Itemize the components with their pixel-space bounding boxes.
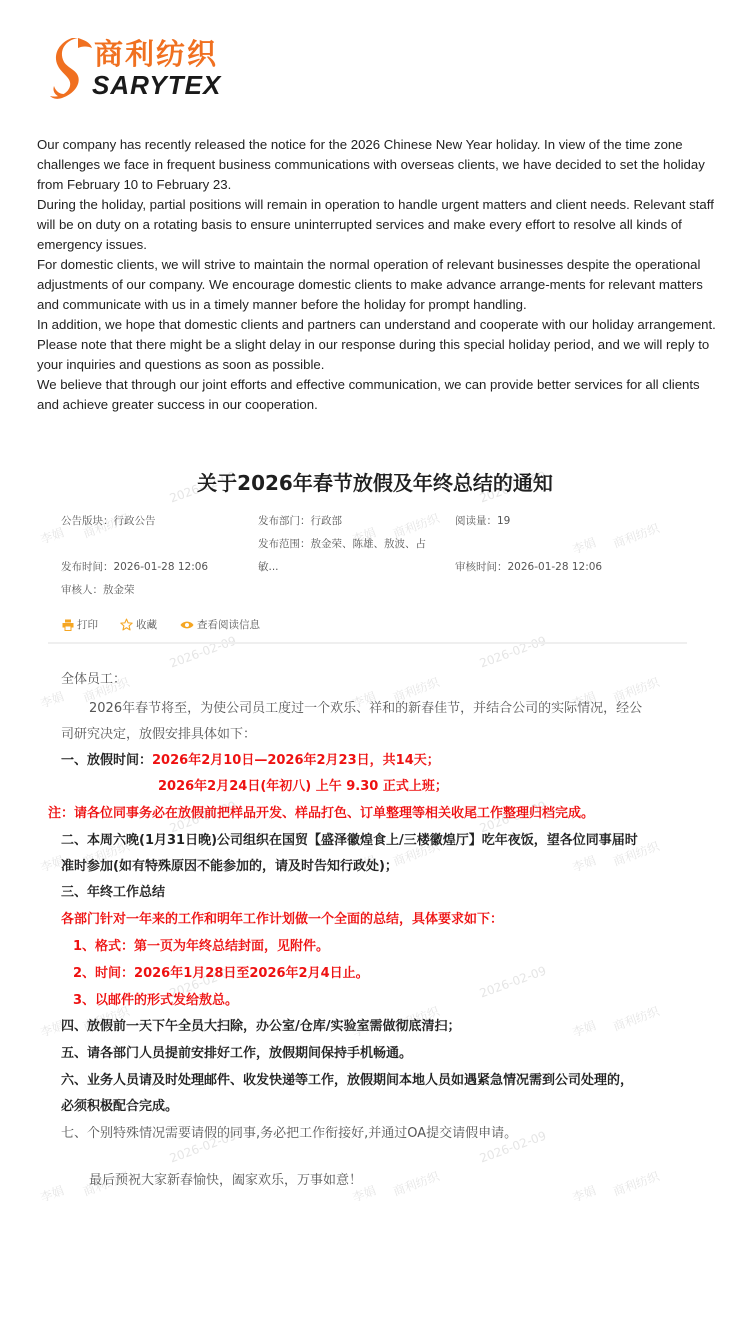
summary-requirement: 各部门针对一年来的工作和明年工作计划做一个全面的总结，具体要求如下： (61, 911, 503, 929)
view-read-info-label: 查看阅读信息 (197, 617, 260, 632)
watermark-name: 李娟 (38, 1181, 66, 1205)
intro-paragraph: Our company has recently released the no… (37, 135, 717, 195)
printer-icon (62, 619, 74, 631)
summary-sub-item: 3、以邮件的形式发给敖总。 (73, 992, 238, 1010)
watermark-name: 李娟 (570, 851, 598, 875)
print-label: 打印 (77, 617, 98, 632)
item-dinner: 二、本周六晚(1月31日晚)公司组织在国贸【盛泽徽煌食上/三楼徽煌厅】吃年夜饭，… (61, 832, 638, 850)
brand-name-en: SARYTEX (92, 70, 221, 100)
meta-scope-continued: 敏... (258, 559, 279, 574)
closing: 最后预祝大家新春愉快，阖家欢乐，万事如意！ (89, 1172, 362, 1190)
watermark-name: 李娟 (570, 1016, 598, 1040)
watermark-company: 商利纺织 (391, 1167, 442, 1199)
intro-paragraph: We believe that through our joint effort… (37, 375, 717, 415)
print-button[interactable]: 打印 (62, 617, 98, 632)
watermark-company: 商利纺织 (611, 519, 662, 551)
watermark-name: 李娟 (570, 1181, 598, 1205)
favorite-label: 收藏 (136, 617, 157, 632)
eye-icon (180, 620, 194, 630)
watermark-date: 2026-02-09 (478, 963, 548, 1000)
item-cleaning: 四、放假前一天下午全员大扫除，办公室/仓库/实验室需做彻底清扫； (61, 1018, 461, 1036)
koi-fish-logo-icon (48, 36, 94, 102)
divider (48, 642, 687, 644)
star-icon (120, 618, 133, 631)
brand-logo: 商利纺织 SARYTEX (48, 36, 218, 102)
brand-name-cn: 商利纺织 (94, 38, 218, 70)
notice-title: 关于2026年春节放假及年终总结的通知 (0, 467, 750, 496)
meta-publish-time: 发布时间：2026-01-28 12:06 (61, 559, 208, 574)
holiday-dates: 2026年2月10日—2026年2月23日，共14天； (152, 753, 440, 768)
meta-scope: 发布范围：敖金荣、陈雄、敖波、占 (258, 536, 426, 551)
meta-department: 发布部门：行政部 (258, 513, 342, 528)
meta-views: 阅读量：19 (455, 513, 510, 528)
watermark-company: 商利纺织 (611, 1167, 662, 1199)
watermark-name: 李娟 (38, 687, 66, 711)
intro-paragraph: For domestic clients, we will strive to … (37, 255, 717, 315)
watermark-date: 2026-02-09 (168, 633, 238, 670)
english-notice: Our company has recently released the no… (37, 135, 717, 415)
meta-reviewer: 审核人：敖金荣 (61, 582, 135, 597)
note: 注：请各位同事务必在放假前把样品开发、样品打色、订单整理等相关收尾工作整理归档完… (48, 805, 594, 823)
item-year-end-summary: 三、年终工作总结 (61, 884, 165, 902)
view-read-info-button[interactable]: 查看阅读信息 (180, 617, 260, 632)
summary-sub-item: 2、时间：2026年1月28日至2026年2月4日止。 (73, 965, 369, 983)
watermark-name: 李娟 (570, 533, 598, 557)
intro-paragraph: In addition, we hope that domestic clien… (37, 315, 717, 375)
item-business-continued: 必须积极配合完成。 (61, 1098, 178, 1116)
favorite-button[interactable]: 收藏 (120, 617, 157, 632)
meta-review-time: 审核时间：2026-01-28 12:06 (455, 559, 602, 574)
item-leave: 七、个别特殊情况需要请假的同事,务必把工作衔接好,并通过OA提交请假申请。 (61, 1125, 517, 1143)
item-phone: 五、请各部门人员提前安排好工作，放假期间保持手机畅通。 (61, 1045, 412, 1063)
intro-line: 2026年春节将至，为使公司员工度过一个欢乐、祥和的新春佳节，并结合公司的实际情… (89, 700, 642, 718)
intro-line: 司研究决定，放假安排具体如下： (61, 726, 256, 744)
item-label: 一、放假时间： (61, 753, 152, 768)
item-dinner-continued: 准时参加(如有特殊原因不能参加的，请及时告知行政处)； (61, 858, 398, 876)
watermark-company: 商利纺织 (611, 1002, 662, 1034)
item-business: 六、业务人员请及时处理邮件、收发快递等工作，放假期间本地人员如遇紧急情况需到公司… (61, 1072, 633, 1090)
intro-paragraph: During the holiday, partial positions wi… (37, 195, 717, 255)
item-holiday-time: 一、放假时间：2026年2月10日—2026年2月23日，共14天； (61, 752, 440, 770)
notice-panel: 2026-02-09 2026-02-09 李娟 商利纺织 李娟 商利纺织 李娟… (0, 455, 750, 1215)
meta-board: 公告版块：行政公告 (61, 513, 156, 528)
greeting: 全体员工： (61, 671, 126, 689)
watermark-date: 2026-02-09 (478, 633, 548, 670)
summary-sub-item: 1、格式：第一页为年终总结封面，见附件。 (73, 938, 329, 956)
return-to-work: 2026年2月24日(年初八) 上午 9.30 正式上班； (158, 778, 448, 796)
